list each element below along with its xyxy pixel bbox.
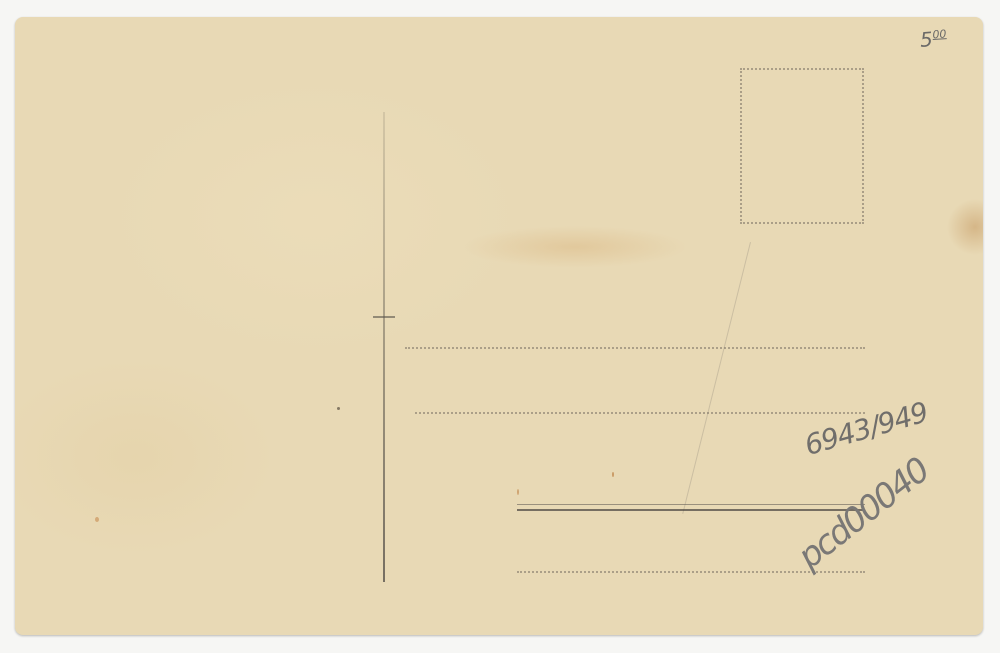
ink-speck — [612, 472, 614, 477]
stamp-box — [740, 68, 864, 224]
address-line-2 — [415, 412, 865, 414]
ink-speck — [337, 407, 340, 410]
ink-speck — [517, 489, 519, 495]
center-divider-line — [383, 112, 385, 582]
address-line-1 — [405, 347, 865, 349]
handwritten-catalog-id: pcd00040 — [790, 451, 936, 577]
address-line-3 — [517, 504, 865, 511]
postcard-back: 500 6943/949 pcd00040 — [15, 17, 983, 635]
divider-crossbar — [373, 316, 395, 318]
faint-pencil-stroke — [682, 242, 751, 514]
price-cents: 00 — [932, 27, 947, 41]
ink-speck — [95, 517, 99, 522]
handwritten-price: 500 — [919, 26, 947, 52]
